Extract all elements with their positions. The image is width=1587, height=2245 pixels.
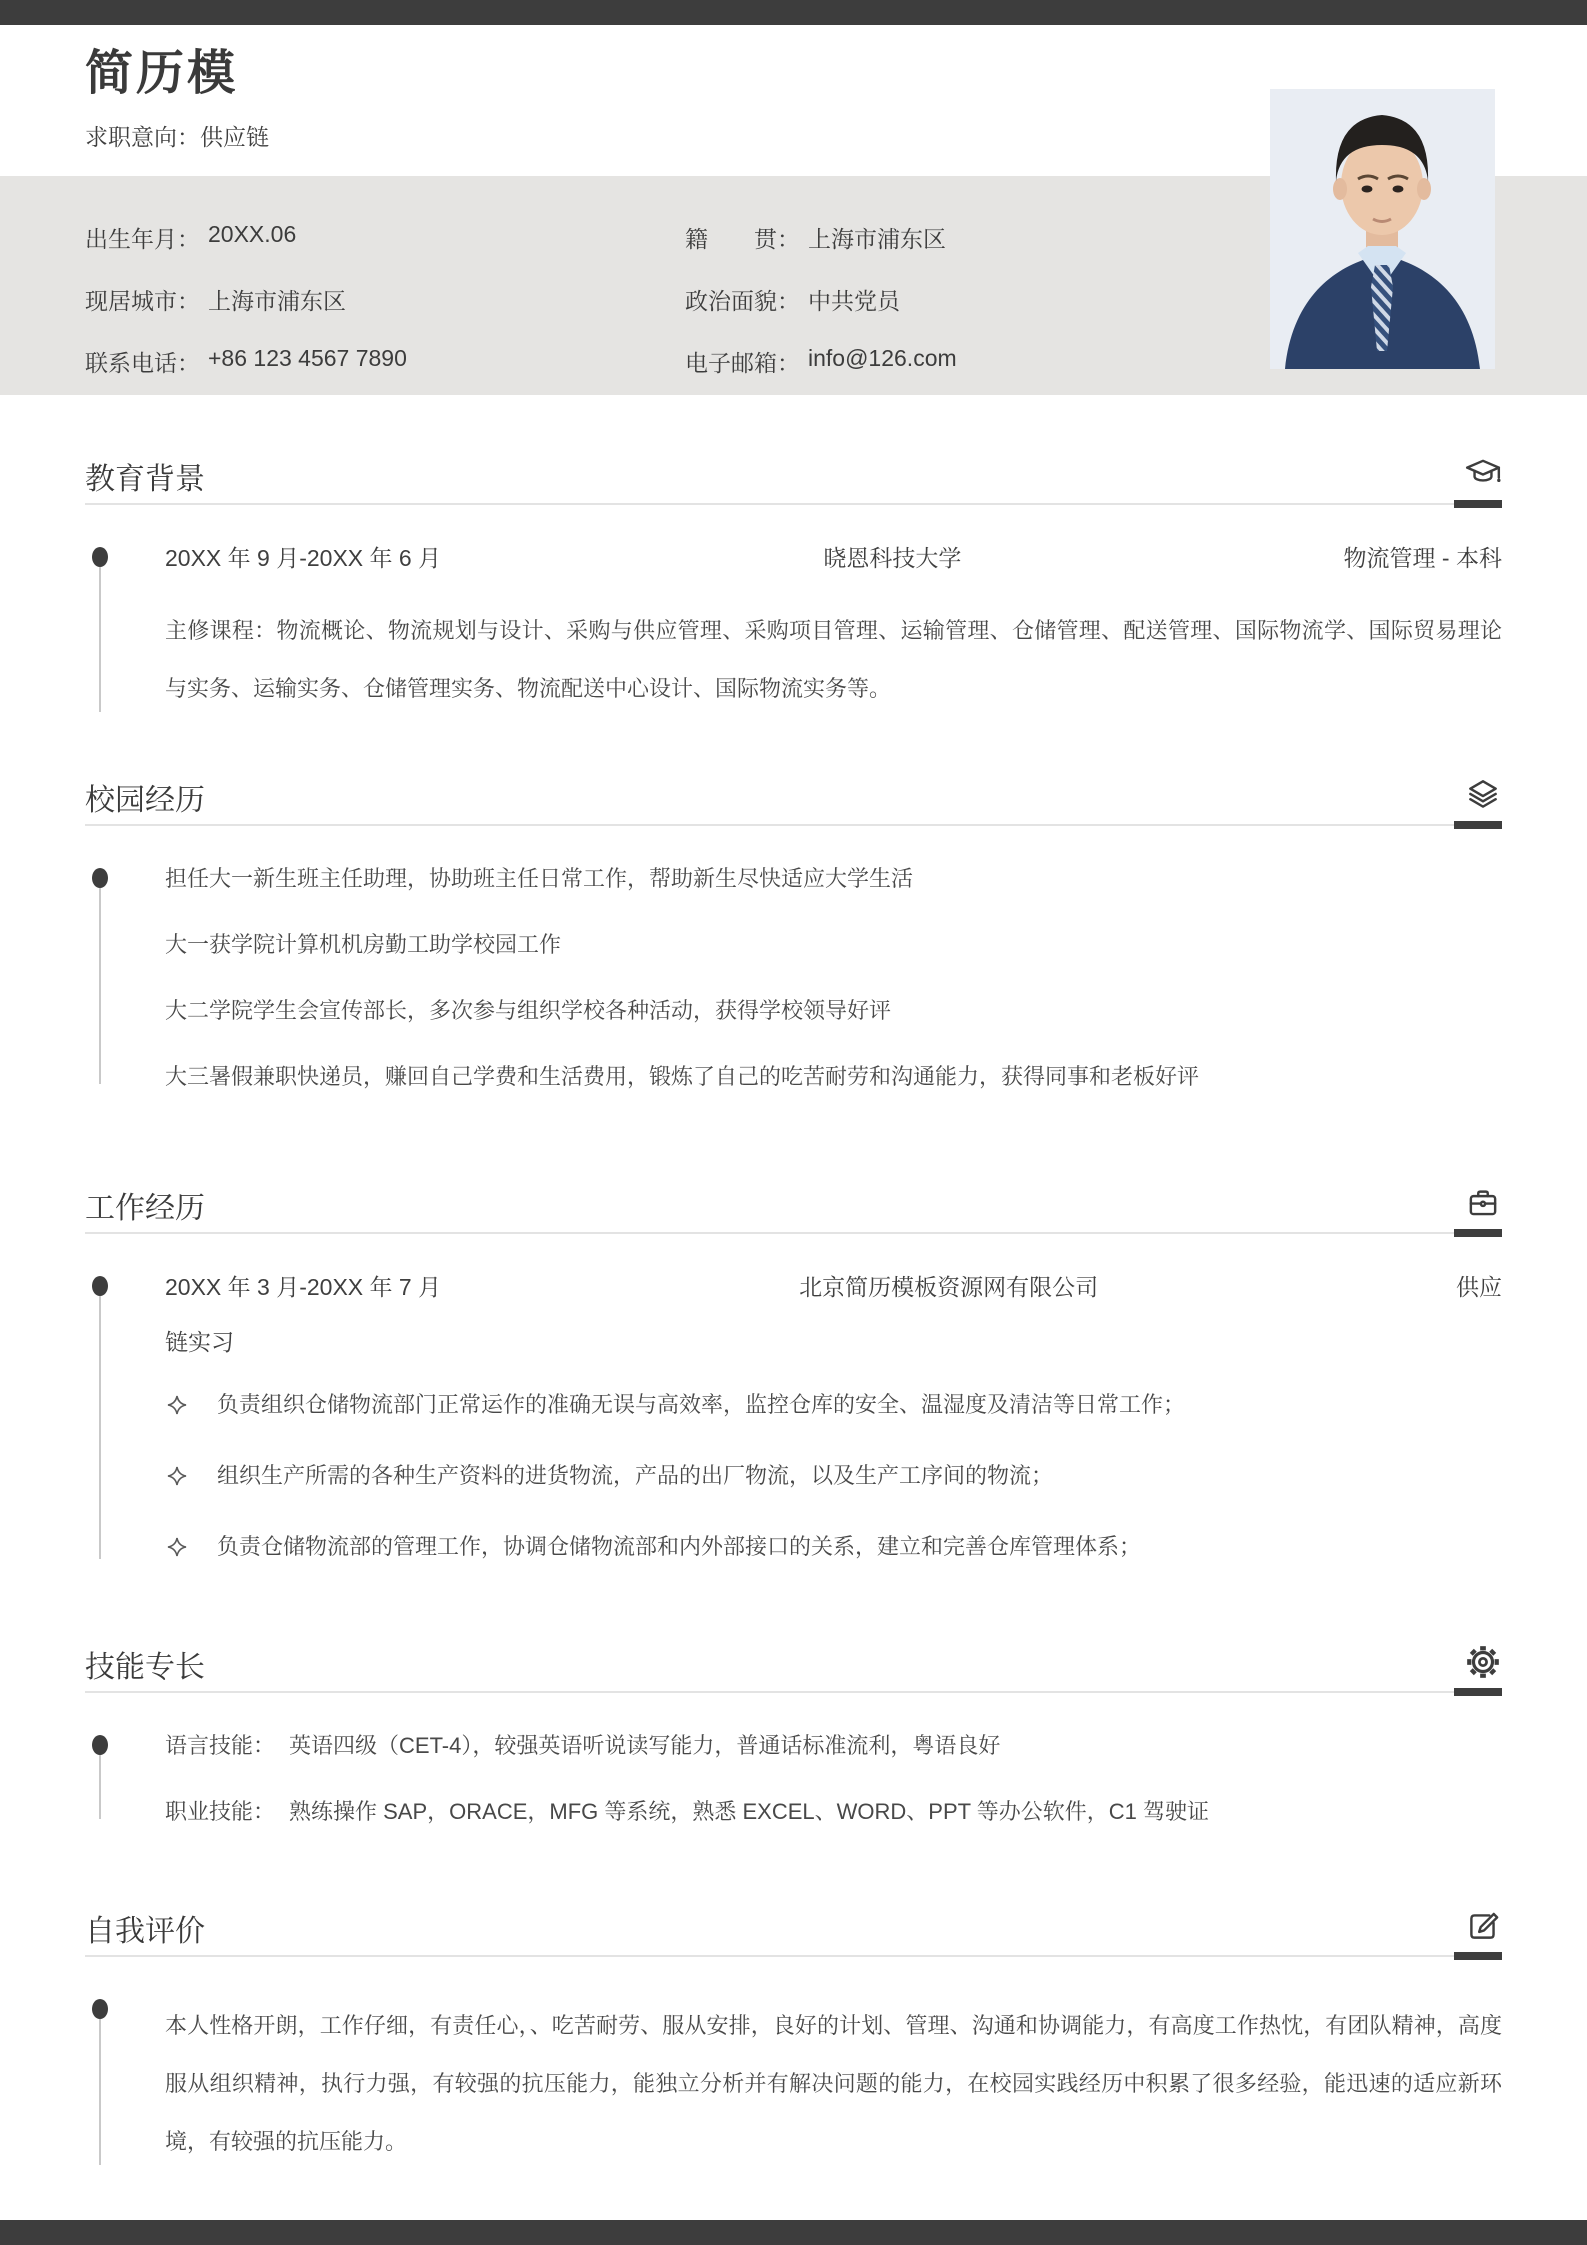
work-entry-head: 20XX 年 3 月-20XX 年 7 月 北京简历模板资源网有限公司 供应 (165, 1274, 1502, 1301)
campus-item: 担任大一新生班主任助理，协助班主任日常工作，帮助新生尽快适应大学生活 (165, 866, 1502, 892)
layers-icon (1464, 776, 1502, 814)
timeline-dot (92, 547, 108, 567)
section-title: 教育背景 (85, 459, 205, 501)
entry-position-wrap: 链实习 (165, 1329, 1502, 1356)
section-head: 技能专长 (85, 1643, 1502, 1689)
skill-label: 语言技能： (165, 1733, 275, 1759)
section-self-evaluation: 自我评价 本人性格开朗，工作仔细，有责任心，、吃苦耐劳、服从安排，良好的计划、管… (85, 1907, 1502, 2171)
phone-field: 联系电话：+86 123 4567 7890 (85, 345, 685, 378)
section-education: 教育背景 20XX 年 9 月-20XX 年 6 月 晓恩科技大学 物流管理 -… (85, 455, 1502, 718)
gear-icon (1464, 1643, 1502, 1681)
email-label: 电子邮箱： (685, 345, 800, 378)
section-body: 语言技能：英语四级（CET-4），较强英语听说读写能力，普通话标准流利，粤语良好… (85, 1693, 1502, 1825)
timeline-line (99, 567, 101, 712)
section-head: 自我评价 (85, 1907, 1502, 1953)
campus-item: 大一获学院计算机机房勤工助学校园工作 (165, 932, 1502, 958)
edit-icon (1464, 1907, 1502, 1945)
briefcase-icon (1464, 1184, 1502, 1222)
timeline-line (99, 2019, 101, 2165)
self-evaluation-paragraph: 本人性格开朗，工作仔细，有责任心，、吃苦耐劳、服从安排，良好的计划、管理、沟通和… (165, 1997, 1502, 2171)
section-title: 校园经历 (85, 780, 205, 822)
timeline-line (99, 888, 101, 1084)
resume-page: { "colors":{"accent_bar":"#3d3d3d","info… (0, 0, 1587, 2245)
timeline-line (99, 1296, 101, 1559)
entry-date: 20XX 年 3 月-20XX 年 7 月 (165, 1274, 441, 1301)
section-body: 担任大一新生班主任助理，协助班主任日常工作，帮助新生尽快适应大学生活 大一获学院… (85, 826, 1502, 1090)
work-bullets: 负责组织仓储物流部门正常运作的准确无误与高效率，监控仓库的安全、温湿度及清洁等日… (165, 1392, 1502, 1565)
skill-item: 语言技能：英语四级（CET-4），较强英语听说读写能力，普通话标准流利，粤语良好 (165, 1733, 1502, 1759)
phone-label: 联系电话： (85, 345, 200, 378)
four-point-star-icon (165, 1463, 217, 1494)
native-place-label: 籍 贯： (685, 221, 800, 254)
work-bullet: 负责仓储物流部的管理工作，协调仓储物流部和内外部接口的关系，建立和完善仓库管理体… (165, 1534, 1502, 1565)
timeline-dot (92, 868, 108, 888)
entry-position-start: 供应 (1456, 1274, 1502, 1301)
course-paragraph: 主修课程：物流概论、物流规划与设计、采购与供应管理、采购项目管理、运输管理、仓储… (165, 602, 1502, 718)
timeline-dot (92, 1999, 108, 2019)
section-head: 教育背景 (85, 455, 1502, 501)
entry-school: 晓恩科技大学 (823, 545, 961, 572)
section-campus: 校园经历 担任大一新生班主任助理，协助班主任日常工作，帮助新生尽快适应大学生活 … (85, 776, 1502, 1090)
campus-item: 大三暑假兼职快递员，赚回自己学费和生活费用，锻炼了自己的吃苦耐劳和沟通能力，获得… (165, 1064, 1502, 1090)
current-city-value: 上海市浦东区 (208, 283, 346, 316)
timeline-line (99, 1755, 101, 1819)
political-status-label: 政治面貌： (685, 283, 800, 316)
entry-company: 北京简历模板资源网有限公司 (799, 1274, 1098, 1301)
timeline-dot (92, 1276, 108, 1296)
work-bullet: 组织生产所需的各种生产资料的进货物流，产品的出厂物流，以及生产工序间的物流； (165, 1463, 1502, 1494)
job-intention-value: 供应链 (200, 124, 269, 150)
job-intention-label: 求职意向： (85, 124, 200, 150)
section-head: 校园经历 (85, 776, 1502, 822)
education-entry-head: 20XX 年 9 月-20XX 年 6 月 晓恩科技大学 物流管理 - 本科 (165, 545, 1502, 572)
current-city-field: 现居城市：上海市浦东区 (85, 283, 685, 316)
native-place-value: 上海市浦东区 (808, 221, 946, 254)
entry-date: 20XX 年 9 月-20XX 年 6 月 (165, 545, 441, 572)
work-bullet: 负责组织仓储物流部门正常运作的准确无误与高效率，监控仓库的安全、温湿度及清洁等日… (165, 1392, 1502, 1423)
campus-item: 大二学院学生会宣传部长，多次参与组织学校各种活动，获得学校领导好评 (165, 998, 1502, 1024)
section-title: 工作经历 (85, 1188, 205, 1230)
section-body: 20XX 年 9 月-20XX 年 6 月 晓恩科技大学 物流管理 - 本科 主… (85, 505, 1502, 718)
skill-text: 英语四级（CET-4），较强英语听说读写能力，普通话标准流利，粤语良好 (289, 1733, 1000, 1759)
section-title: 自我评价 (85, 1911, 205, 1953)
section-head: 工作经历 (85, 1184, 1502, 1230)
birth-month-field: 出生年月：20XX.06 (85, 221, 685, 254)
id-photo (1270, 89, 1495, 369)
skill-text: 熟练操作 SAP，ORACE，MFG 等系统，熟悉 EXCEL、WORD、PPT… (289, 1799, 1209, 1825)
section-body: 本人性格开朗，工作仔细，有责任心，、吃苦耐劳、服从安排，良好的计划、管理、沟通和… (85, 1957, 1502, 2171)
bottom-accent-bar (0, 2220, 1587, 2245)
email-value: info@126.com (808, 345, 957, 378)
four-point-star-icon (165, 1392, 217, 1423)
current-city-label: 现居城市： (85, 283, 200, 316)
top-accent-bar (0, 0, 1587, 25)
birth-month-value: 20XX.06 (208, 221, 296, 254)
entry-major-degree: 物流管理 - 本科 (1344, 545, 1502, 572)
section-title: 技能专长 (85, 1647, 205, 1689)
section-skills: 技能专长 语言技能：英语四级（CET-4），较强英语听说读写能力，普通话标准流利… (85, 1643, 1502, 1825)
skill-item: 职业技能：熟练操作 SAP，ORACE，MFG 等系统，熟悉 EXCEL、WOR… (165, 1799, 1502, 1825)
political-status-value: 中共党员 (808, 283, 900, 316)
timeline-dot (92, 1735, 108, 1755)
birth-month-label: 出生年月： (85, 221, 200, 254)
graduation-cap-icon (1464, 455, 1502, 493)
four-point-star-icon (165, 1534, 217, 1565)
section-body: 20XX 年 3 月-20XX 年 7 月 北京简历模板资源网有限公司 供应 链… (85, 1234, 1502, 1565)
section-work: 工作经历 20XX 年 3 月-20XX 年 7 月 北京简历模板资源网有限公司… (85, 1184, 1502, 1565)
skill-label: 职业技能： (165, 1799, 275, 1825)
phone-value: +86 123 4567 7890 (208, 345, 407, 378)
